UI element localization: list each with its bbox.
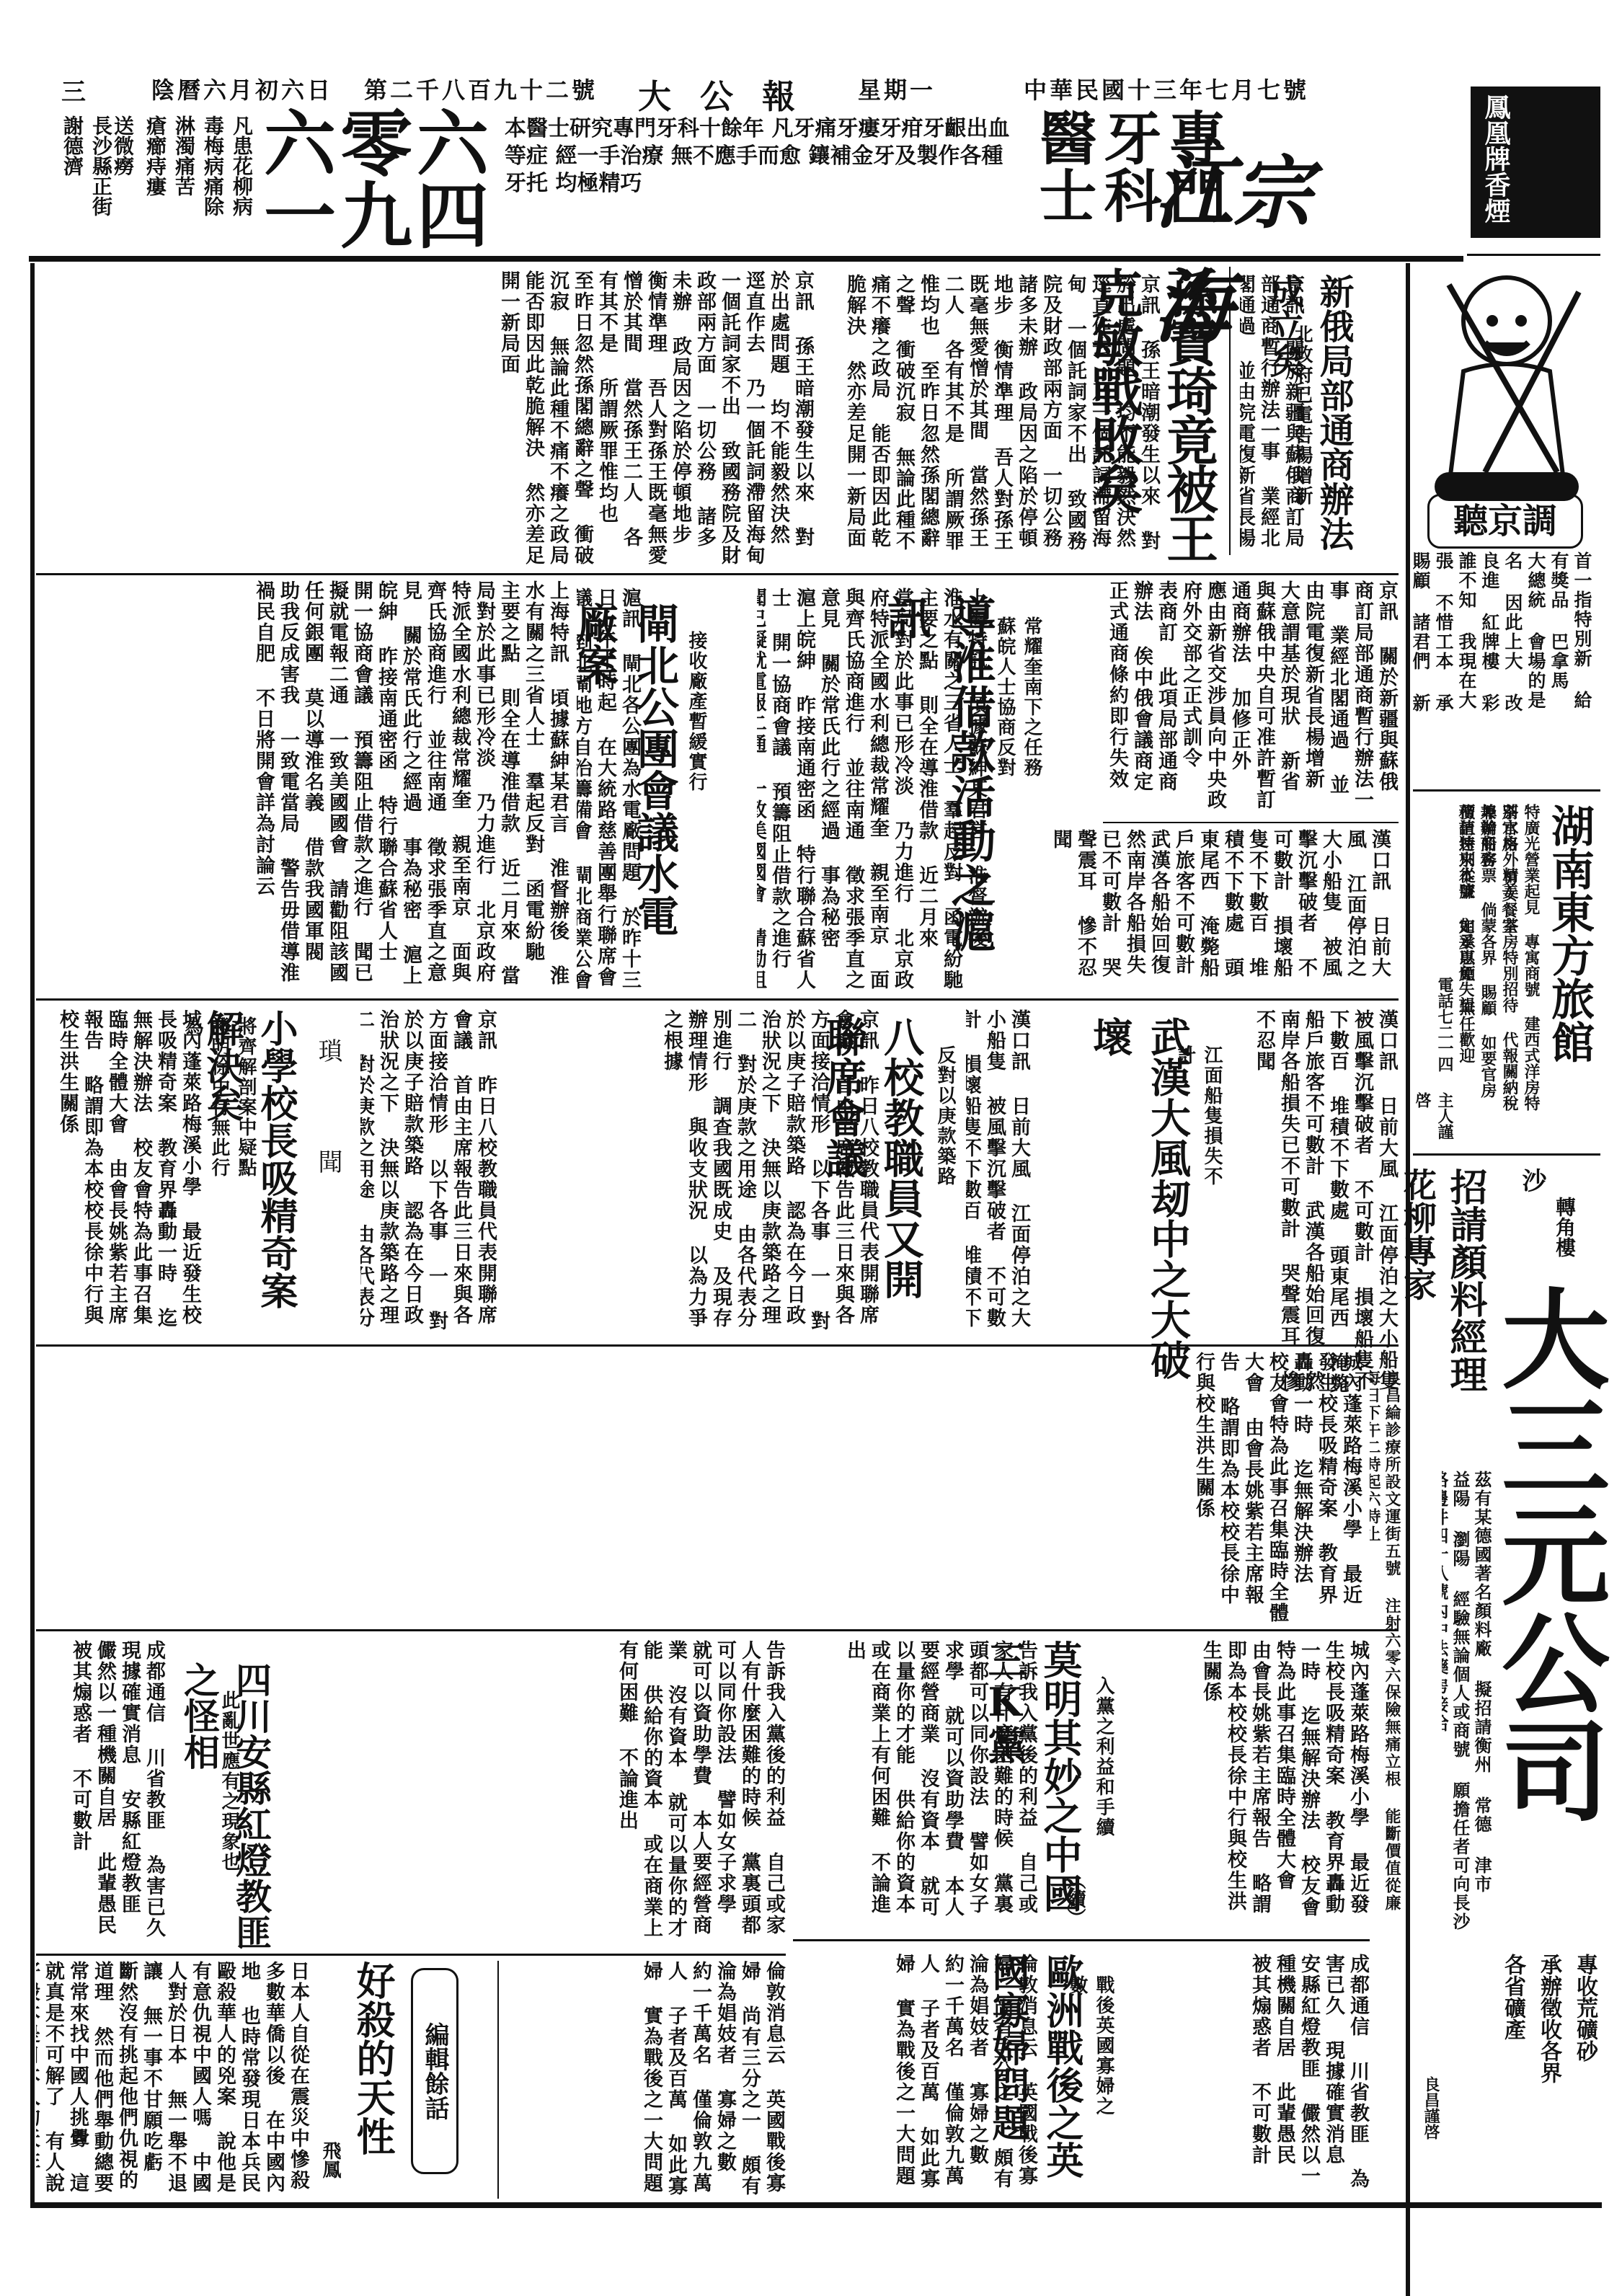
article-body: 京訊 昨日八校教職員代表開聯席會議 首由主席報告此三日來與各方面接洽情形 以下各… (360, 1009, 497, 1334)
dentist-ad: 本醫士研究專門牙科十餘年 凡牙痛牙瘻牙疳牙齦出血等症 經一手治療 無不應手而愈 … (505, 108, 1334, 252)
hotel-signature: 主人謹啓 (1412, 1092, 1456, 1150)
section-rule (36, 1629, 1399, 1631)
article-body: 城內蓬萊路梅溪小學 最近發生校長吸精奇案 教育界轟動一時 迄無解決辦法 校友會特… (1132, 1640, 1370, 1928)
article-body: 日本人自從在震災中慘殺多數華僑以後 在中國內地 也時常發現日本兵民毆殺華人的兇案… (36, 1961, 310, 2199)
article-body: 倫敦消息云 英國戰後寡婦 尚有三分之一 頗有淪為娼妓者 寡婦之數 約一千萬名 僅… (512, 1961, 786, 2199)
article-body: 成都通信 川省教匪 為害已久 現據確實消息 安縣紅燈教匪 儼然以一種機關自居 此… (1132, 1954, 1370, 2191)
ad-line: 專收荒礦砂 (1569, 1954, 1600, 2062)
subhead: 接收廠產暫緩實行 (683, 631, 710, 847)
left-margin-rule (30, 263, 35, 2202)
continued-marker: （續） (1062, 1871, 1089, 1927)
sand-ad-name: 沙 (1515, 1168, 1550, 1192)
article-european-widows: 歐洲戰後之英國寡婦問題 戰後英國寡婦之數 倫敦消息云 英國戰後寡婦 尚有三分之一… (793, 1946, 1370, 2199)
divider (497, 1961, 499, 2199)
big-brand: 大三元公司 (1492, 1283, 1600, 1932)
editorial-box-title: 編輯餘話 (411, 1968, 458, 2174)
masthead-rule (29, 256, 1463, 262)
ad-signature: 長沙縣正街 謝德濟 (58, 115, 115, 252)
corner-ad: 鳳凰牌香煙 (1471, 87, 1600, 238)
section-rule (793, 1939, 1370, 1941)
subhead: 反對以庚款築路 (932, 1045, 959, 1189)
ad-line: 承辦徵收各界 (1533, 1954, 1564, 2083)
ad-line: 毒梅病痛除 (198, 115, 227, 252)
trivia-label: 瑣聞 (311, 1038, 346, 1260)
section-rule (36, 1344, 1399, 1347)
masthead: 三 陰曆六月初六日 第二千八百九十二號 大公報 星期一 中華民國十三年七月七號 (0, 58, 1622, 101)
article-body: 京訊 昨日八校教職員代表開聯席會議 首由主席報告此三日來與各方面接洽情形 以下各… (505, 1009, 879, 1334)
page-number: 三 (61, 72, 89, 107)
article-body: 漢口訊 日前大風 江面停泊之大小船隻 被風擊沉擊破者 不可數計 損壞船隻不下數百… (1233, 1009, 1399, 1399)
article-body: 告訴我入黨後的利益 自己或家人有什麼困難的時候 黨裏頭都可以同你設法 譬如女子求… (238, 1640, 786, 1943)
article-sichuan: 告訴我入黨後的利益 自己或家人有什麼困難的時候 黨裏頭都可以同你設法 譬如女子求… (36, 1633, 786, 1950)
article-body: 京訊 關於新疆與蘇俄商訂局部通商暫行辦法一事 業經北閣通過 並由院電復新省長楊增… (1240, 274, 1305, 562)
std-body: 良昌綸診療所設文運街五號 注射六零六保險無痛立根 能斷價值從廉 每日下午二時起六… (1370, 1370, 1402, 1946)
article-body: 滬訊 閘北各公團為水電廠問題 於昨十三日上午十時起 在大統路慈善團舉行聯席會議 … (577, 588, 642, 991)
article-body: 京訊 孫王暗潮發生以來 對於出處問題 均不能毅然決然 逕直作去 乃一個託詞滯留海… (829, 274, 1161, 562)
author: 飛鳳 (317, 2141, 344, 2178)
section-rule (36, 1954, 786, 1956)
ad-line: 各省礦產 (1497, 1954, 1528, 2040)
dye-body: 茲有某德國著名顏料廠 擬招請衡州 常德 津市 益陽 瀏陽 經驗無論個人或商號 願… (1442, 1471, 1492, 1932)
republic-date: 中華民國十三年七月七號 (1024, 72, 1309, 105)
article-kkk: 莫明其妙之中國三K黨 （續） 入黨之利益和手續 告訴我入黨後的利益 自己或家人有… (793, 1633, 1370, 1936)
article-school-principal: 瑣聞 小學校長吸精奇案解決矣 將齊解剖案中疑點 證明徐中行無此行為 城內蓬萊路梅… (36, 1002, 497, 1341)
section-rule (36, 998, 1399, 1001)
ad-line: 凡患花柳病 (227, 115, 256, 252)
ad-line: 瘡癤痔瘻 (141, 115, 169, 252)
hotel-ad: 湖南東方旅館 特廣光營業起見 專寓商號 建西式洋房特別官房 男女餐室 茶水格外精… (1413, 789, 1600, 1150)
article-eight-schools: 八校教職員又開聯席會議 反對以庚款築路 京訊 昨日八校教職員代表開聯席會議 首由… (505, 1002, 1031, 1341)
telephone-ad: 長沙縣正街 謝德濟 送微癆 瘡癤痔瘻 淋濁痛苦 毒梅病痛除 凡患花柳病 六零六 … (43, 108, 490, 252)
article-continuation: 上海特訊 頃據蘇紳某君言 淮督辦後 淮水有關之三省人士 羣起反對 函電紛馳 主要… (36, 580, 570, 988)
divider (1467, 254, 1600, 256)
subhead: 常耀奎南下之任務 蘇皖人士協商反對 (992, 616, 1045, 818)
article-killing-nature: 倫敦消息云 英國戰後寡婦 尚有三分之一 頗有淪為娼妓者 寡婦之數 約一千萬名 僅… (36, 1961, 786, 2199)
subhead: 入黨之利益和手續 (1091, 1676, 1117, 1856)
article-continuation: 城內蓬萊路梅溪小學 最近發生校長吸精奇案 教育界轟動一時 迄無解決辦法 校友會特… (36, 1352, 1362, 1626)
section-rule (1103, 822, 1399, 823)
bottom-rule (30, 2202, 1602, 2208)
article-body: 漢口訊 日前大風 江面停泊之大小船隻 被風擊沉擊破者 不可數計 損壞船隻不下數百… (966, 1009, 1031, 1334)
telephone-number: 六零六 一九四 (260, 108, 497, 252)
ad-line: 淋濁痛苦 (169, 115, 198, 252)
article-continuation: 京訊 孫王暗潮發生以來 對於出處問題 均不能毅然決然 逕直作去 乃一個託詞滯留海… (36, 270, 815, 566)
subhead: 江面船隻損失不計 (1172, 1045, 1226, 1189)
article-sino-russian: 新俄局部通商辦法成立矣 北政府已電告楊增新 京訊 關於新疆與蘇俄商訂局部通商暫行… (1240, 267, 1402, 562)
cartoon-ad: 聽京調 首一指特別新 給有獎品 巴拿馬 大總統 會場的是名 因此上大 改良進 紅… (1413, 263, 1600, 789)
cartoon-title: 聽京調 (1427, 494, 1583, 549)
article-body: 城內蓬萊路梅溪小學 最近發生校長吸精奇案 教育界轟動一時 迄無解決辦法 校友會特… (36, 1009, 202, 1334)
lunar-date: 陰曆六月初六日 (151, 72, 333, 105)
sand-ad-location: 轉角樓 (1550, 1197, 1579, 1257)
ad-line: 送微癆 (108, 115, 137, 252)
subhead: 此亂世應有之現象也 (216, 1690, 243, 1878)
hotel-line: 價值特別從廉 如承惠顧 無任歡迎 (1455, 804, 1478, 1121)
dye-ad: 沙 轉角樓 大三元公司 招請顏料經理 茲有某德國著名顏料廠 擬招請衡州 常德 津… (1413, 1153, 1600, 1946)
subhead: 戰後英國寡婦之數 (1064, 1975, 1117, 2119)
article-sun-baoqi: 孫寶琦竟被王克敏戰敗矣 京訊 孫王暗潮發生以來 對於出處問題 均不能毅然決然 逕… (829, 267, 1226, 569)
cartoon-caption: 首一指特別新 給有獎品 巴拿馬 大總統 會場的是名 因此上大 改良進 紅牌樓 彩… (1413, 551, 1593, 717)
divider (1413, 1153, 1600, 1156)
bottom-right-ad: 專收荒礦砂 承辦徵收各界 各省礦產 良昌謹啓 (1413, 1946, 1600, 2199)
article-continuation: 京訊 關於新疆與蘇俄商訂局部通商暫行辦法一事 業經北閣通過 並由院電復新省長楊增… (1103, 580, 1399, 811)
article-body: 成都通信 川省教匪 為害已久 現據確實消息 安縣紅燈教匪 儼然以一種機關自居 此… (36, 1640, 166, 1943)
weekday: 星期一 (858, 72, 936, 105)
section-rule (36, 573, 1399, 575)
article-body: 倫敦消息云 英國戰後寡婦 尚有三分之一 頗有淪為娼妓者 寡婦之數 約一千萬名 僅… (793, 1954, 1038, 2191)
article-body: 告訴我入黨後的利益 自己或家人有什麼困難的時候 黨裏頭都可以同你設法 譬如女子求… (793, 1640, 1038, 1928)
article-wuhan-storm: 漢口訊 日前大風 江面停泊之大小船隻 被風擊沉擊破者 不可數計 損壞船隻不下數百… (887, 829, 1399, 995)
article-zhabei-power: 閘北公團會議水電廠案 接收廠產暫緩實行 滬訊 閘北各公團為水電廠問題 於昨十三日… (577, 580, 750, 995)
article-body: 漢口訊 日前大風 江面停泊之大小船隻 被風擊沉擊破者 不可數計 損壞船隻不下數百… (887, 829, 1391, 991)
cartoon-figure-icon (1420, 270, 1593, 508)
hotel-name: 湖南東方旅館 (1538, 804, 1600, 1107)
headline: 好殺的天性 (346, 1961, 402, 2177)
divider (1229, 267, 1231, 555)
ad-signature: 良昌謹啓 (1420, 2076, 1442, 2140)
issue-number: 第二千八百九十二號 (364, 72, 598, 105)
hotel-phone: 電話七二一四 (1434, 977, 1456, 1072)
dentist-description: 本醫士研究專門牙科十餘年 凡牙痛牙瘻牙疳牙齦出血等症 經一手治療 無不應手而愈 … (505, 115, 1024, 245)
divider (1413, 789, 1600, 792)
std-headline: 花柳專家 (1394, 1168, 1442, 1300)
